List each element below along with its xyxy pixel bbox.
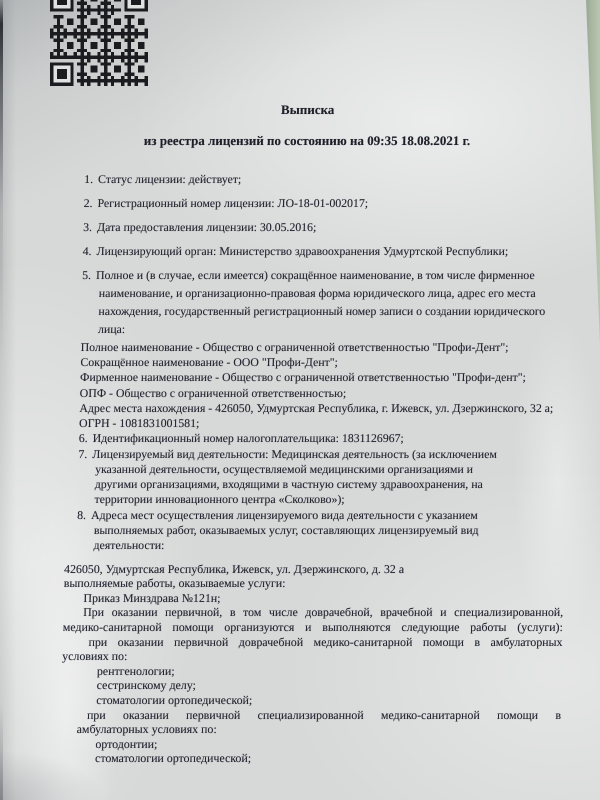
service-orthopedic-dentistry-2: стоматологии ортопедической; [60,751,560,766]
service-orthopedic-dentistry: стоматологии ортопедической; [61,693,561,708]
license-status-item: 1.Статус лицензии: действует; [84,170,558,189]
service-orthodontics: ортодонтии; [60,737,560,752]
item-text: Лицензирующий орган: Министерство здраво… [96,244,508,258]
item-number: 7. [78,447,87,461]
service-nursing: сестринскому делу; [61,678,561,693]
service-radiology: рентгенологии; [62,664,562,679]
works-services-label: выполняемые работы, оказываемые услуги: [64,576,564,591]
license-items-section-2: 6.Идентификационный номер налогоплательщ… [76,431,553,553]
photo-left-edge-shadow [0,0,3,800]
document-subtitle: из реестра лицензий по состоянию на 09:3… [85,132,529,149]
item-text: Полное и (в случае, если имеется) сокращ… [96,268,545,336]
primary-care-paragraph-line-2: медико-санитарной помощи организуются и … [63,620,563,635]
document-title: Выписка [86,101,530,119]
ministry-order-line: Приказ Минздрава №121н; [63,591,563,606]
activity-addresses-item: 8.Адреса мест осуществления лицензируемо… [76,508,551,554]
org-names-heading-item: 5.Полное и (в случае, если имеется) сокр… [81,266,557,338]
licensed-activity-item: 7.Лицензируемый вид деятельности: Медици… [77,447,552,508]
org-brand-name: Фирменное наименование - Общество с огра… [80,370,562,385]
taxpayer-number-item: 6.Идентификационный номер налогоплательщ… [79,431,553,446]
licensing-authority-item: 4.Лицензирующий орган: Министерство здра… [83,242,557,261]
pre-medical-care-intro-line: при оказании первичной доврачебной медик… [62,635,562,650]
photographed-license-document: Выписка из реестра лицензий по состоянию… [0,0,600,800]
item-text: Лицензируемый вид деятельности: Медицинс… [92,447,497,507]
conditions-label: условиях по: [62,649,562,664]
item-text: Дата предоставления лицензии: 30.05.2016… [97,220,316,234]
item-number: 3. [83,220,92,234]
item-number: 1. [84,172,93,186]
item-text: Идентификационный номер налогоплательщик… [93,431,404,445]
item-text: Адреса мест осуществления лицензируемого… [91,508,479,553]
item-text: Регистрационный номер лицензии: ЛО-18-01… [97,196,368,210]
item-number: 8. [77,508,86,522]
document-page: Выписка из реестра лицензий по состоянию… [0,0,600,766]
activity-address-works-block: 426050, Удмуртская Республика, Ижевск, у… [60,562,564,766]
primary-care-paragraph-line-1: При оказании первичной, в том числе довр… [63,605,563,620]
org-short-name: Сокращённое наименование - ООО "Профи-Де… [80,355,562,370]
org-legal-address: Адрес места нахождения - 426050, Удмуртс… [79,401,561,416]
item-number: 6. [79,431,88,445]
org-legal-form: ОПФ - Общество с ограниченной ответствен… [80,386,562,401]
grant-date-item: 3.Дата предоставления лицензии: 30.05.20… [83,218,557,237]
specialized-care-intro-line: при оказании первичной специализированно… [61,708,561,723]
license-items-section: 1.Статус лицензии: действует; 2.Регистра… [72,170,558,766]
document-header: Выписка из реестра лицензий по состоянию… [85,101,530,149]
org-ogrn: ОГРН - 1081831001581; [79,416,561,431]
org-full-name: Полное наименование - Общество с огранич… [81,340,563,355]
organization-details: Полное наименование - Общество с огранич… [79,340,563,431]
item-number: 4. [83,244,92,258]
item-text: Статус лицензии: действует; [98,172,241,186]
registration-number-item: 2.Регистрационный номер лицензии: ЛО-18-… [84,194,558,213]
item-number: 5. [82,268,91,282]
item-number: 2. [84,196,93,210]
activity-address-line: 426050, Удмуртская Республика, Ижевск, у… [64,562,564,577]
outpatient-conditions-label: амбулаторных условиях по: [61,722,561,737]
